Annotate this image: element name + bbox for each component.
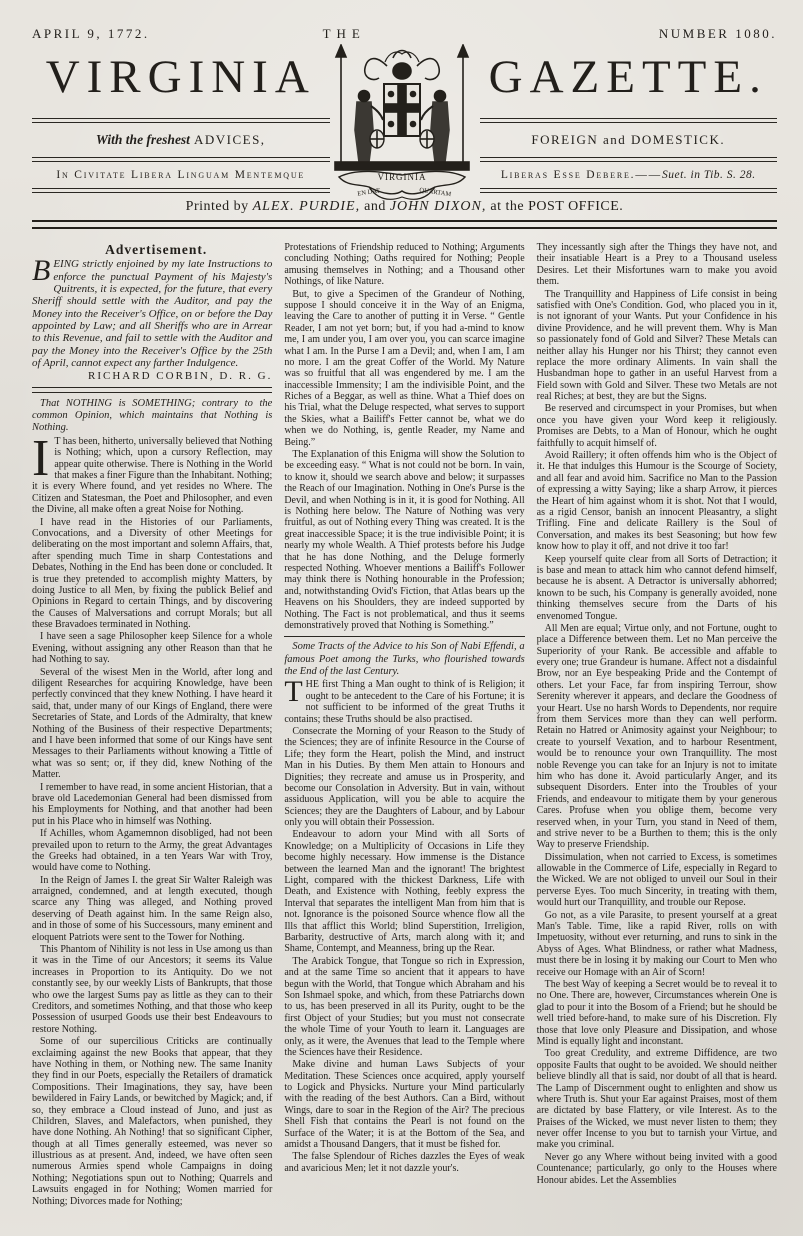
paragraph: BEING strictly enjoined by my late Instr… — [32, 258, 272, 369]
right-supporter-icon — [435, 91, 446, 102]
paragraph: The Arabick Tongue, that Tongue so rich … — [284, 956, 524, 1059]
rule-right — [480, 118, 778, 123]
masthead-top-row: APRIL 9, 1772. THE NUMBER 1080. — [32, 0, 777, 42]
paragraph: Several of the wisest Men in the World, … — [32, 667, 272, 781]
imprint-post-office: POST OFFICE. — [528, 199, 623, 214]
left-supporter-icon — [359, 91, 370, 102]
motto-latin-left: In Civitate Libera Linguam Mentemque — [32, 169, 330, 181]
paragraph: THE first Thing a Man ought to think of … — [284, 679, 524, 725]
subtitle-script-part: With the freshest — [96, 132, 190, 147]
issue-number: NUMBER 1080. — [659, 26, 777, 42]
subtitle-advices: With the freshest ADVICES, — [32, 132, 330, 148]
article-title: Advertisement. — [32, 242, 272, 257]
paragraph: IT has been, hitherto, universally belie… — [32, 436, 272, 516]
paragraph: In the Reign of James I. the great Sir W… — [32, 875, 272, 943]
column-3: They incessantly sigh after the Things t… — [537, 242, 777, 1232]
imprint-printed-by: Printed by — [186, 199, 253, 214]
motto-citation: Suet. in Tib. S. 28. — [662, 169, 756, 181]
column-1: Advertisement.BEING strictly enjoined by… — [32, 242, 272, 1232]
title-virginia: VIRGINIA — [32, 50, 330, 104]
rule-right — [480, 157, 778, 162]
crest-motto-right: QUARTAM — [419, 187, 452, 198]
paragraph: Protestations of Friendship reduced to N… — [284, 242, 524, 288]
paragraph: This Phantom of Nihility is not less in … — [32, 944, 272, 1035]
title-gazette: GAZETTE. — [480, 50, 778, 104]
virginia-coat-of-arms: VIRGINIA EN DAT QUARTAM — [327, 44, 477, 210]
motto-text: Liberas Esse Debere.—— — [501, 169, 662, 181]
separator-rule — [284, 636, 524, 637]
paragraph: They incessantly sigh after the Things t… — [537, 242, 777, 288]
drop-cap: I — [32, 436, 54, 480]
rule-right — [480, 188, 778, 193]
masthead-the-label: THE — [323, 26, 366, 42]
paragraph: The best Way of keeping a Secret would b… — [537, 979, 777, 1047]
paragraph: Go not, as a vile Parasite, to present y… — [537, 910, 777, 978]
paragraph: If Achilles, whom Agamemnon disobliged, … — [32, 828, 272, 874]
issue-date: APRIL 9, 1772. — [32, 26, 150, 42]
paragraph: Never go any Where without being invited… — [537, 1152, 777, 1186]
paragraph: But, to give a Specimen of the Grandeur … — [284, 289, 524, 448]
section-heading: Some Tracts of the Advice to his Son of … — [284, 641, 524, 678]
paragraph: Some of our supercilious Criticks are co… — [32, 1036, 272, 1207]
paragraph: All Men are equal; Virtue only, and not … — [537, 623, 777, 851]
paragraph: Endeavour to adorn your Mind with all So… — [284, 829, 524, 954]
paragraph: Dissimulation, when not carried to Exces… — [537, 852, 777, 909]
crest-banner-text: VIRGINIA — [378, 172, 427, 182]
paragraph: I remember to have read, in some ancient… — [32, 782, 272, 828]
rule-left — [32, 118, 330, 123]
newspaper-page: APRIL 9, 1772. THE NUMBER 1080. VIRGINIA… — [0, 0, 803, 1236]
drop-cap: T — [284, 679, 305, 705]
paragraph: I have read in the Histories of our Parl… — [32, 517, 272, 631]
masthead: APRIL 9, 1772. THE NUMBER 1080. VIRGINIA… — [32, 0, 777, 229]
section-heading: That NOTHING is SOMETHING; contrary to t… — [32, 398, 272, 435]
separator-rule — [32, 387, 272, 393]
paragraph: Consecrate the Morning of your Reason to… — [284, 726, 524, 829]
paragraph: The Explanation of this Enigma will show… — [284, 449, 524, 631]
paragraph: Be reserved and circumspect in your Prom… — [537, 403, 777, 449]
paragraph: Keep yourself quite clear from all Sorts… — [537, 554, 777, 622]
thick-rule — [32, 220, 777, 229]
left-spearhead-icon — [336, 45, 346, 57]
paragraph: Avoid Raillery; it often offends him who… — [537, 450, 777, 553]
paragraph: Make divine and human Laws Subjects of y… — [284, 1059, 524, 1150]
imprint-at-the: at the — [486, 199, 528, 214]
rule-left — [32, 188, 330, 193]
column-2: Protestations of Friendship reduced to N… — [284, 242, 524, 1232]
drop-cap: B — [32, 258, 53, 284]
paragraph: I have seen a sage Philosopher keep Sile… — [32, 631, 272, 665]
signature: RICHARD CORBIN, D. R. G. — [32, 370, 272, 383]
paragraph: Too great Credulity, and extreme Diffide… — [537, 1048, 777, 1151]
subtitle-caps-part: ADVICES, — [190, 132, 266, 147]
paragraph: The false Splendour of Riches dazzles th… — [284, 1151, 524, 1174]
paragraph: The Tranquillity and Happiness of Life c… — [537, 289, 777, 403]
right-spearhead-icon — [458, 45, 468, 57]
subtitle-foreign-domestick: FOREIGN and DOMESTICK. — [480, 132, 778, 148]
motto-latin-right: Liberas Esse Debere.——Suet. in Tib. S. 2… — [480, 169, 778, 181]
rule-left — [32, 157, 330, 162]
body-columns: Advertisement.BEING strictly enjoined by… — [32, 242, 777, 1232]
